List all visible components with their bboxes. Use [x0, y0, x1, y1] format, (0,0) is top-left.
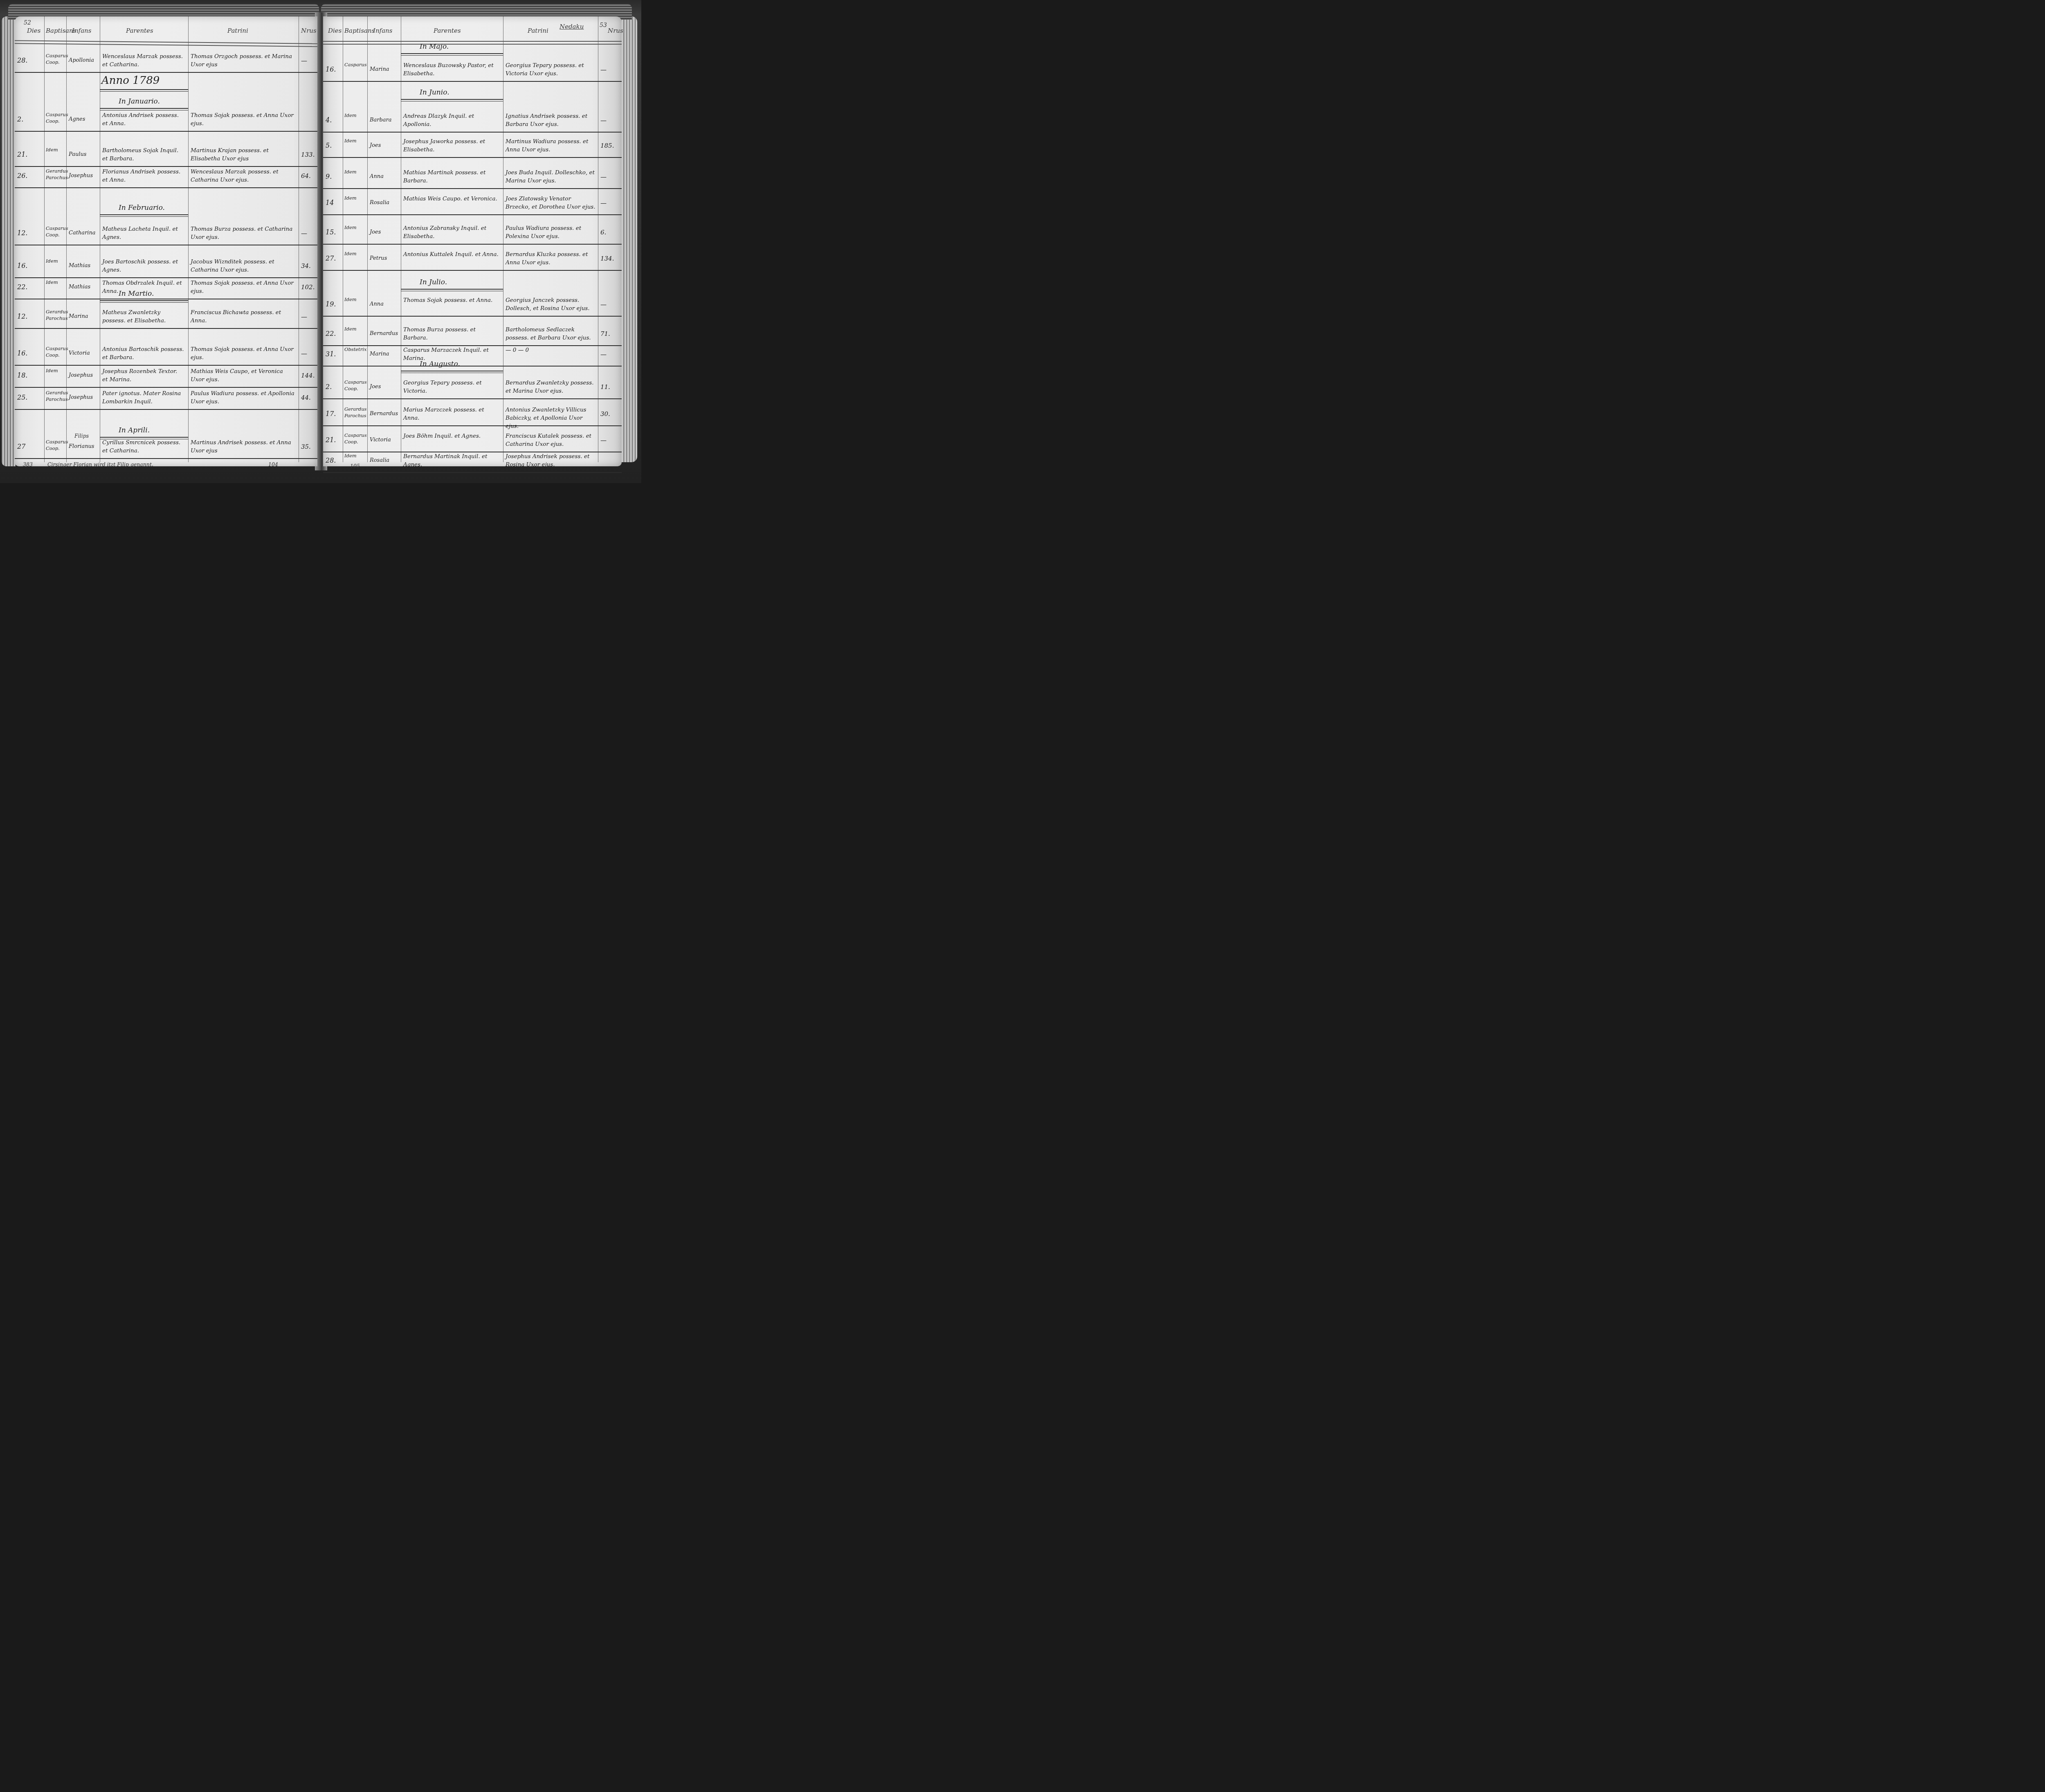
entry-patrini: Thomas Burza possess. et Catharina Uxor …: [191, 225, 297, 241]
header-numerus: Nrus: [608, 27, 623, 34]
entry-infans: Rosalia: [370, 199, 389, 207]
register-entry: 14IdemRosaliaMathias Weis Caupo. et Vero…: [323, 195, 622, 214]
entry-number: 35.: [301, 443, 311, 451]
footer-mark: 105: [350, 463, 360, 469]
register-entry: 27.IdemPetrusAntonius Kuttalek Inquil. e…: [323, 250, 622, 269]
entry-patrini: — 0 — 0: [506, 346, 596, 354]
entry-day: 2.: [326, 383, 332, 391]
entry-rule: [323, 81, 622, 82]
entry-day: 28.: [326, 456, 336, 465]
month-heading: In Martio.: [119, 290, 154, 298]
entry-number: —: [301, 349, 307, 358]
header-numerus: Nrus: [301, 27, 317, 34]
entry-patrini: Bartholomeus Sedlaczek possess. et Barba…: [506, 326, 596, 342]
header-dies: Dies: [27, 27, 40, 34]
entry-day: 21.: [326, 436, 336, 444]
register-entry: 21.IdemPaulusBartholomeus Sojak Inquil. …: [15, 146, 317, 165]
entry-rule: [15, 277, 317, 278]
register-entry: 28.Casparus Coop.ApolloniaWenceslaus Mar…: [15, 52, 317, 71]
entry-rule: [15, 299, 317, 299]
entry-infans: Anna: [370, 300, 384, 308]
entry-parentes: Josephus Rozenbek Textor. et Marina.: [102, 367, 184, 384]
register-entry: 17.Gerardus ParochusBernardusMarius Marz…: [323, 406, 622, 425]
entry-rule: [15, 328, 317, 329]
entry-patrini: Thomas Orzgoch possess. et Marina Uxor e…: [191, 52, 297, 69]
entry-parentes: Marius Marzczek possess. et Anna.: [403, 406, 500, 422]
page-number: 52: [24, 20, 31, 26]
register-entry: 25.Gerardus ParochusJosephusPater ignotu…: [15, 389, 317, 408]
entry-number: 134.: [600, 254, 614, 263]
left-page: 52 Dies Baptisans Infans Parentes Patrin…: [15, 16, 317, 466]
entry-patrini: Georgius Janczek possess. Dollesch, et R…: [506, 296, 596, 313]
entry-number: 71.: [600, 330, 610, 338]
entry-baptisans: Idem: [46, 367, 67, 374]
entry-infans: Mathias: [69, 262, 90, 270]
register-entry: 5.IdemJoesJosephus Jaworka possess. et E…: [323, 137, 622, 156]
entry-rule: [15, 409, 317, 410]
entry-rule: [323, 270, 622, 271]
register-entry: 15.IdemJoesAntonius Zabransky Inquil. et…: [323, 224, 622, 243]
entry-parentes: Joes Bartoschik possess. et Agnes.: [102, 258, 184, 274]
entry-day: 2.: [17, 115, 23, 124]
entry-infans: Agnes: [69, 115, 85, 124]
entry-baptisans: Idem: [344, 452, 368, 459]
entry-number: —: [301, 229, 307, 237]
entry-baptisans: Idem: [344, 326, 368, 332]
entry-parentes: Wenceslaus Marzak possess. et Catharina.: [102, 52, 184, 69]
entry-rule: [15, 166, 317, 167]
month-heading: In Augusto.: [420, 360, 460, 368]
entry-parentes: Mathias Martinak possess. et Barbara.: [403, 169, 500, 185]
entry-patrini: Georgius Tepary possess. et Victoria Uxo…: [506, 61, 596, 78]
register-entry: 2.Casparus Coop.AgnesAntonius Andrisek p…: [15, 111, 317, 130]
header-rule: [15, 40, 317, 47]
entry-number: 6.: [600, 228, 606, 236]
entry-day: 22.: [326, 330, 336, 338]
entry-infans: Catharina: [69, 229, 96, 237]
entry-infans: Josephus: [69, 393, 93, 402]
entry-parentes: Matheus Lacheta Inquil. et Agnes.: [102, 225, 184, 241]
entry-day: 31.: [326, 350, 336, 358]
header-patrini: Patrini: [227, 27, 248, 34]
entry-parentes: Cyrillus Smrcnicek possess. et Catharina…: [102, 438, 184, 455]
header-parentes: Parentes: [126, 27, 153, 34]
register-entry: 22.IdemMathiasThomas Obdrzalek Inquil. e…: [15, 279, 317, 298]
entry-patrini: Paulus Wadiura possess. et Apollonia Uxo…: [191, 389, 297, 406]
header-patrini-note: Nedaku: [560, 23, 584, 30]
entry-baptisans: Idem: [344, 169, 368, 175]
month-heading: In Aprili.: [119, 426, 150, 434]
entry-rule: [323, 472, 622, 473]
register-entry: 22.IdemBernardusThomas Burza possess. et…: [323, 326, 622, 344]
register-entry: 12.Gerardus ParochusMarinaMatheus Zwanle…: [15, 308, 317, 327]
entry-day: 12.: [17, 313, 27, 321]
entry-baptisans: Gerardus Parochus: [46, 308, 67, 322]
entry-number: —: [600, 116, 607, 124]
entry-patrini: Josephus Andrisek possess. et Rosina Uxo…: [506, 452, 596, 469]
entry-patrini: Thomas Sojak possess. et Anna Uxor ejus.: [191, 111, 297, 128]
entry-number: —: [600, 300, 607, 308]
entry-parentes: Andreas Dlazyk Inquil. et Apollonia.: [403, 112, 500, 128]
entry-rule: [323, 425, 622, 426]
entry-day: 9.: [326, 173, 332, 181]
entry-day: 22.: [17, 283, 27, 291]
entry-rule: [15, 72, 317, 73]
entry-number: —: [600, 65, 607, 74]
entry-rule: [323, 316, 622, 317]
register-book: 52 Dies Baptisans Infans Parentes Patrin…: [0, 0, 641, 483]
right-page: Dies Baptisans Infans Parentes Patrini N…: [323, 16, 622, 466]
entry-baptisans: Idem: [344, 224, 368, 231]
entry-infans: Petrus: [370, 254, 387, 263]
entry-day: 27.: [326, 254, 336, 263]
entry-number: 11.: [600, 383, 610, 391]
entry-parentes: Florianus Andrisek possess. et Anna.: [102, 168, 184, 184]
entry-rule: [15, 365, 317, 366]
entry-patrini: Jacobus Wiznditek possess. et Catharina …: [191, 258, 297, 274]
footer-right-mark: 104: [268, 461, 278, 468]
header-parentes: Parentes: [434, 27, 461, 34]
entry-baptisans: Idem: [344, 195, 368, 201]
entry-number: —: [600, 350, 607, 358]
month-rule: [100, 214, 188, 217]
entry-number: 30.: [600, 410, 610, 418]
header-dies: Dies: [328, 27, 342, 34]
entry-number: —: [600, 436, 607, 444]
entry-parentes: Antonius Zabransky Inquil. et Elisabetha…: [403, 224, 500, 241]
entry-patrini: Franciscus Bichawta possess. et Anna.: [191, 308, 297, 325]
entry-parentes: Joes Böhm Inquil. et Agnes.: [403, 432, 500, 440]
page-number: 53: [600, 22, 607, 29]
register-entry: 9.IdemAnnaMathias Martinak possess. et B…: [323, 169, 622, 187]
entry-rule: [323, 366, 622, 366]
entry-day: 18.: [17, 371, 27, 380]
header-patrini: Patrini: [528, 27, 548, 34]
month-heading: In Junio.: [420, 88, 449, 97]
entry-day: 15.: [326, 228, 336, 236]
entry-infans: Joes: [370, 383, 381, 391]
entry-number: 64.: [301, 172, 311, 180]
entry-infans: Josephus: [69, 172, 93, 180]
entry-rule: [323, 398, 622, 399]
register-entry: 28.IdemRosaliaBernardus Martinak Inquil.…: [323, 452, 622, 471]
entry-number: 133.: [301, 151, 315, 159]
entry-infans: Bernardus: [370, 330, 398, 338]
entry-number: 185.: [600, 142, 614, 150]
register-entry: 16.IdemMathiasJoes Bartoschik possess. e…: [15, 258, 317, 277]
entry-baptisans: Idem: [344, 137, 368, 144]
entry-day: 12.: [17, 229, 27, 237]
entry-parentes: Thomas Sojak possess. et Anna.: [403, 296, 500, 304]
entry-day: 16.: [326, 65, 336, 74]
month-rule: [100, 108, 188, 110]
entry-rule: [15, 458, 317, 459]
entry-baptisans: Obstetrix: [344, 346, 368, 353]
entry-parentes: Bartholomeus Sojak Inquil. et Barbara.: [102, 146, 184, 163]
entry-patrini: Martinus Andrisek possess. et Anna Uxor …: [191, 438, 297, 455]
entry-parentes: Matheus Zwanletzky possess. et Elisabeth…: [102, 308, 184, 325]
entry-baptisans: Casparus Coop.: [46, 438, 67, 452]
entry-day: 14: [326, 199, 334, 207]
entry-number: 44.: [301, 393, 311, 402]
entry-baptisans: Gerardus Parochus: [46, 168, 67, 181]
month-heading: In Majo.: [420, 43, 449, 51]
entry-baptisans: Casparus Coop.: [46, 225, 67, 238]
entry-infans: Victoria: [370, 436, 391, 444]
month-rule: [401, 289, 503, 291]
entry-baptisans: Casparus Coop.: [344, 432, 368, 445]
entry-baptisans: Idem: [46, 279, 67, 286]
entry-day: 4.: [326, 116, 332, 124]
entry-infans: Victoria: [69, 349, 90, 358]
entry-day: 16.: [17, 349, 27, 358]
entry-day: 28.: [17, 56, 27, 65]
entry-parentes: Mathias Weis Caupo. et Veronica.: [403, 195, 500, 203]
entry-patrini: Antonius Zwanletzky Villicus Babiczky, e…: [506, 406, 596, 430]
entry-day: 17.: [326, 410, 336, 418]
entry-baptisans: Idem: [344, 296, 368, 303]
register-entry: 31.ObstetrixMarinaCasparus Marzaczek Inq…: [323, 346, 622, 365]
month-rule: [100, 300, 188, 303]
entry-baptisans: Casparus Coop.: [46, 111, 67, 124]
entry-rule: [323, 132, 622, 133]
month-rule: [401, 53, 503, 56]
register-entry: 27Casparus Coop.FlorianusCyrillus Smrcni…: [15, 438, 317, 457]
entry-infans: Barbara: [370, 116, 392, 124]
entry-infans: Marina: [69, 313, 88, 321]
entry-baptisans: Casparus Coop.: [46, 345, 67, 358]
entry-patrini: Ignatius Andrisek possess. et Barbara Ux…: [506, 112, 596, 128]
register-entry: 18.IdemJosephusJosephus Rozenbek Textor.…: [15, 367, 317, 386]
month-heading: In Julio.: [420, 278, 447, 286]
entry-patrini: Thomas Sojak possess. et Anna Uxor ejus.: [191, 279, 297, 295]
entry-number: 34.: [301, 262, 311, 270]
month-rule: [401, 99, 503, 101]
entry-patrini: Martinus Krajan possess. et Elisabetha U…: [191, 146, 297, 163]
register-entry: 2.Casparus Coop.JoesGeorgius Tepary poss…: [323, 379, 622, 398]
entry-parentes: Georgius Tepary possess. et Victoria.: [403, 379, 500, 395]
entry-day: 19.: [326, 300, 336, 308]
left-page-stack: [2, 16, 16, 466]
footer-left-mark: 383: [23, 461, 33, 468]
entry-baptisans: Idem: [344, 250, 368, 257]
entry-infans: Rosalia: [370, 456, 389, 465]
entry-day: 25.: [17, 393, 27, 402]
register-entry: 21.Casparus Coop.VictoriaJoes Böhm Inqui…: [323, 432, 622, 451]
entry-number: —: [301, 56, 307, 65]
month-heading: In Januario.: [119, 97, 160, 106]
entry-baptisans: Idem: [46, 258, 67, 264]
entry-infans: Bernardus: [370, 410, 398, 418]
register-entry: 26.Gerardus ParochusJosephusFlorianus An…: [15, 168, 317, 187]
entry-infans: Marina: [370, 65, 389, 74]
entry-patrini: Bernardus Zwanletzky possess. et Marina …: [506, 379, 596, 395]
entry-infans: Josephus: [69, 371, 93, 380]
entry-patrini: Martinus Wadiura possess. et Anna Uxor e…: [506, 137, 596, 154]
entry-number: 144.: [301, 371, 315, 380]
month-heading: In Februario.: [119, 204, 165, 212]
year-heading: Anno 1789: [101, 74, 160, 87]
entry-patrini: Thomas Sojak possess. et Anna Uxor ejus.: [191, 345, 297, 362]
entry-rule: [323, 214, 622, 215]
entry-baptisans: Idem: [344, 112, 368, 119]
entry-day: 16.: [17, 262, 27, 270]
footer-note: Cirsinger Florian wird itzt Filip genann…: [47, 461, 153, 468]
entry-parentes: Thomas Burza possess. et Barbara.: [403, 326, 500, 342]
entry-infans: Mathias: [69, 283, 90, 291]
entry-day: 26.: [17, 172, 27, 180]
entry-infans: Marina: [370, 350, 389, 358]
entry-infans: Joes: [370, 142, 381, 150]
month-rule: [401, 371, 503, 373]
entry-day: 21.: [17, 151, 27, 159]
entry-parentes: Josephus Jaworka possess. et Elisabetha.: [403, 137, 500, 154]
entry-number: —: [600, 173, 607, 181]
entry-patrini: Mathias Weis Caupo, et Veronica Uxor eju…: [191, 367, 297, 384]
infans-note: Filips: [74, 433, 89, 439]
header-infans: Infans: [72, 27, 91, 34]
year-rule: [100, 89, 188, 92]
entry-baptisans: Casparus Coop.: [344, 379, 368, 392]
entry-baptisans: Gerardus Parochus: [344, 406, 368, 419]
entry-rule: [323, 188, 622, 189]
entry-number: 102.: [301, 283, 315, 291]
entry-infans: Apollonia: [69, 56, 94, 65]
entry-parentes: Pater ignotus. Mater Rosina Lombarkin In…: [102, 389, 184, 406]
entry-infans: Joes: [370, 228, 381, 236]
register-entry: 19.IdemAnnaThomas Sojak possess. et Anna…: [323, 296, 622, 315]
entry-patrini: Wenceslaus Marzak possess. et Catharina …: [191, 168, 297, 184]
entry-parentes: Wenceslaus Buzowsky Pastor, et Elisabeth…: [403, 61, 500, 78]
entry-patrini: Bernardus Kluzka possess. et Anna Uxor e…: [506, 250, 596, 267]
entry-rule: [15, 187, 317, 188]
entry-parentes: Antonius Kuttalek Inquil. et Anna.: [403, 250, 500, 259]
entry-baptisans: Casparus Coop.: [46, 52, 67, 65]
entry-patrini: Paulus Wadiura possess. et Polexina Uxor…: [506, 224, 596, 241]
entry-patrini: Joes Zlatowsky Venator Brzecko, et Dorot…: [506, 195, 596, 211]
entry-patrini: Joes Buda Inquil. Dolleschko, et Marina …: [506, 169, 596, 185]
entry-patrini: Franciscus Kutalek possess. et Catharina…: [506, 432, 596, 448]
entry-parentes: Antonius Andrisek possess. et Anna.: [102, 111, 184, 128]
register-entry: 4.IdemBarbaraAndreas Dlazyk Inquil. et A…: [323, 112, 622, 131]
entry-parentes: Bernardus Martinak Inquil. et Agnes.: [403, 452, 500, 469]
entry-infans: Paulus: [69, 151, 87, 159]
entry-day: 5.: [326, 142, 332, 150]
register-entry: 12.Casparus Coop.CatharinaMatheus Lachet…: [15, 225, 317, 244]
header-rule: [323, 41, 622, 45]
entry-infans: Anna: [370, 173, 384, 181]
entry-infans: Florianus: [69, 443, 94, 451]
register-entry: 16.CasparusMarinaWenceslaus Buzowsky Pas…: [323, 61, 622, 80]
entry-baptisans: Casparus: [344, 61, 368, 68]
header-baptisans: Baptisans: [344, 27, 375, 34]
entry-rule: [15, 245, 317, 245]
entry-rule: [15, 131, 317, 132]
entry-parentes: Antonius Bartoschik possess. et Barbara.: [102, 345, 184, 362]
header-infans: Infans: [373, 27, 392, 34]
entry-baptisans: Gerardus Parochus: [46, 389, 67, 402]
entry-rule: [15, 387, 317, 388]
entry-rule: [323, 244, 622, 245]
entry-number: —: [600, 199, 607, 207]
entry-number: —: [301, 313, 307, 321]
register-entry: 16.Casparus Coop.VictoriaAntonius Bartos…: [15, 345, 317, 364]
right-page-stack: [621, 16, 637, 462]
entry-day: 27: [17, 443, 25, 451]
entry-rule: [323, 157, 622, 158]
entry-baptisans: Idem: [46, 146, 67, 153]
